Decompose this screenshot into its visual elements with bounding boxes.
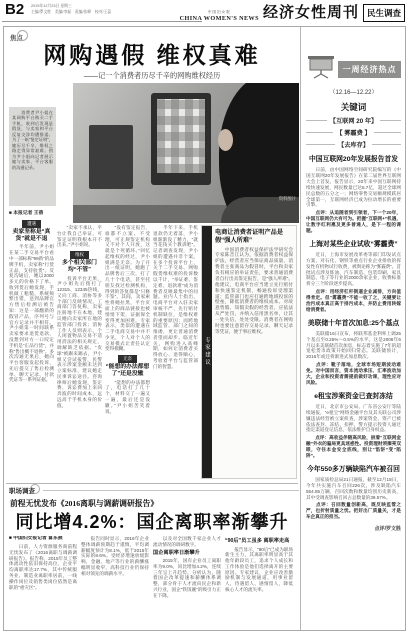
main-headline: 网购遇假 维权真难: [4, 37, 300, 70]
folio-bar: B2 2015年12月23日 星期三 主编/罗文胜 美编/李磊 责编/张峥 校对…: [0, 0, 408, 24]
masthead-en-block: 中国妇女报 CHINA WOMEN'S NEWS: [180, 10, 259, 22]
expert-advice-text: 中国消费者权益保护法学研究会专家陈音江认为，依据消费者权益保护法，经营者应当保证…: [215, 247, 293, 335]
section-label: 民生调查: [363, 4, 405, 22]
section-header-3: 无奈 “能想的办法都想了”还是没辙: [105, 355, 150, 377]
sidebar-item-heading: 上海对某些企业试收“雾霾费”: [306, 241, 401, 249]
main-byline: ■ 本报记者 王蓓: [9, 209, 43, 216]
photo-caption-box: 消费者尹小姐在某网购平台购买二手手机，收到后发现是假货，与卖家和平台反复交涉均遭…: [9, 107, 56, 206]
keyword-row: 【去库存】: [306, 140, 401, 149]
section-1-title: 卖家坚称是“真货”就是不退: [9, 229, 54, 243]
keyword-row: 【 雾霾费 】: [306, 128, 401, 137]
section-header-2: 维权 多个相关部门均“不管”: [57, 251, 102, 273]
keyword-3: 【去库存】: [338, 140, 369, 149]
keyword-rule: [306, 120, 327, 121]
main-column-2: “卖家不承认，平台让我自己举证，可鉴定证明我根本开不出来。”尹小姐说。 维权 多…: [57, 225, 102, 479]
bottom-col4-text: 报告显示，“90后”已成为职场新生主力，其离职率明显高于其他年龄段员工，追求个人…: [225, 547, 293, 593]
masthead-en: CHINA WOMEN'S NEWS: [180, 15, 259, 22]
sidebar-item-comment: 点评：靴子落地，全球市场短期波动难免。对中国而言，资本流动承压、汇率波动加大，企…: [306, 362, 401, 386]
bottom-col3-text: 2015年，国有企业员工离职率为9.0%，同比增加4.2%，连续三年呈上升趋势。…: [153, 558, 221, 598]
main-col3-text-b: “能想的办法都想了，电话打了几十个，材料交了一遍又一遍，最后还是没辙。”尹小姐苦…: [105, 380, 150, 415]
sidebar-item-body: 近日，北京市公安局、广东省公安厅等陆续通报，“e租宝”网络金融平台及其关联公司涉…: [306, 404, 401, 433]
sidebar-item-comment: 点评：用经济杠杆倒逼企业减排，方向值得肯定。但“雾霾费”不能一收了之，关键要让治…: [306, 289, 401, 313]
tag-circle-icon: [30, 484, 40, 494]
sidebar-item-heading: 中国互联网20年发展报告首发: [306, 156, 401, 164]
bottom-col2-text: 报告同时显示，2016年企业整体调薪预期趋于谨慎，平均调薪幅度预计为8.1%，低…: [81, 536, 149, 576]
sidebar-item-comment: 点评：召回数量创新高，既反映监管之严，也折射质量之忧。把好出厂质量关，才是车企真…: [306, 502, 401, 520]
page-number: B2: [5, 1, 24, 18]
main-col2-text-a: “卖家不承认，平台让我自己举证，可鉴定证明我根本开不出来。”尹小姐说。: [57, 225, 102, 248]
sidebar-item-car-recall: 今年550多万辆缺陷汽车被召回 国家质检总局21日通报，截至12月18日，今年共…: [306, 466, 401, 520]
keyword-rule: [306, 132, 333, 133]
expert-advice-vertical-label: 专家建议: [202, 226, 212, 478]
workplace-tag-row: 职场调查: [9, 486, 299, 495]
sidebar-item-body: 美联储16日宣布，将联邦基金利率上调25个基点至0.25%～0.5%的水平。这是…: [306, 331, 401, 360]
keywords-title: 关键词: [306, 101, 401, 113]
keyword-1: 【互联网 20 年】: [330, 116, 377, 125]
expert-advice-title: 电商让消费者证明产品是假“强人所难”: [215, 229, 293, 245]
sidebar-item-body: 国家质检总局21日通报，截至12月18日，今年共实施汽车召回226次，涉及缺陷汽…: [306, 477, 401, 501]
bottom-byline: ■ 中国妇女报记者 富东燕: [9, 536, 77, 542]
sidebar-item-comment: 点评：从追随者到引领者，下一个20年，中国互联网仍大有可为。把握“互联网+”机遇…: [306, 210, 401, 234]
bottom-headline: 同比增4.2%：国企离职率渐攀升: [4, 508, 300, 534]
photo-credit: 资料图片: [279, 196, 296, 202]
expert-advice-body: 电商让消费者证明产品是假“强人所难” 中国消费者权益保护法学研究会专家陈音江认为…: [212, 226, 296, 478]
content-frame: 焦点 网购遇假 维权真难 ——记一个消费者历尽千辛的网购维权经历 消费者尹小姐在…: [3, 26, 406, 631]
articles-divider: [6, 483, 298, 484]
folio-rule: [2, 21, 202, 22]
sidebar-signature: 点评/罗文胜: [306, 525, 401, 532]
folio-staff: 主编/罗文胜 美编/李磊 责编/张峥 校对/王蕊: [31, 10, 111, 16]
article-photo: 资料图片: [73, 83, 299, 223]
main-column-1: 遭遇 卖家坚称是“真货”就是不退 半年前，尹小姐在某二手交易平台看中一部标称“9…: [9, 217, 54, 479]
sidebar-item-body: 日前，由中国网络空间研究院编写的《中国互联网20年发展报告》在第二届世界互联网大…: [306, 167, 401, 208]
keyword-2: 【 雾霾费 】: [336, 128, 370, 137]
section-2-label: 维权: [70, 251, 89, 259]
expert-advice-box: 专家建议 电商让消费者证明产品是假“强人所难” 中国消费者权益保护法学研究会专家…: [201, 225, 297, 479]
bottom-col1-text: 日前，人力资源服务商前程无忧发布了《2016离职与调薪调研报告》。报告称，201…: [9, 544, 77, 590]
keyword-rule: [374, 132, 401, 133]
sidebar-item-smog-fee: 上海对某些企业试收“雾霾费” 近日，上海市发展改革委等部门印发试点方案，对石化、…: [306, 241, 401, 313]
keyword-rule: [380, 120, 401, 121]
weekly-title: 经济女性周刊: [263, 1, 359, 22]
section-header-1: 遭遇 卖家坚称是“真货”就是不退: [9, 220, 54, 242]
main-col4-text: 半年下来，手机退款仍无着落，尹小姐渐渐没了精力，“就当花钱买个教训吧”。记者调查…: [153, 225, 198, 370]
bottom-column-4: “90后”员工虽多 离职率走高 报告显示，“90后”已成为职场新生主力，其离职率…: [225, 536, 293, 625]
sidebar-item-body: 近日，上海市发展改革委等部门印发试点方案，对石化、钢铁等重点行业企业排放的挥发性…: [306, 252, 401, 287]
bottom-subhead-1: 国企离职率日渐攀升: [153, 550, 221, 557]
projector-screen-icon: [306, 55, 336, 84]
photo-woman-face: [218, 129, 233, 151]
section-3-label: 无奈: [118, 355, 137, 363]
main-col2-text-b: 投诉平台无果，尹小姐先后拨打了12315、12345热线，又向工商、消协等多个部…: [57, 276, 102, 409]
main-subtitle: ——记一个消费者历尽千辛的网购维权经历: [4, 71, 300, 81]
keyword-rule: [306, 144, 335, 145]
main-column-4: 半年下来，手机退款仍无着落，尹小姐渐渐没了精力，“就当花钱买个教训吧”。记者调查…: [153, 225, 198, 479]
keyword-rule: [372, 144, 401, 145]
masthead: 中国妇女报 CHINA WOMEN'S NEWS 经济女性周刊 民生调查: [180, 1, 405, 22]
photo-left-monitor: [89, 125, 133, 189]
sidebar-header: 一周经济热点: [306, 55, 401, 84]
section-3-title: “能想的办法都想了”还是没辙: [105, 364, 150, 378]
main-col1-text: 半年前，尹小姐在某二手交易平台看中一部标称“99新”的品牌手机，卖家称“行货正品…: [9, 244, 54, 383]
sidebar-item-heading: 美联储十年首次加息:25个基点: [306, 320, 401, 328]
workplace-tag: 职场调查: [9, 486, 40, 495]
newspaper-page: B2 2015年12月23日 星期三 主编/罗文胜 美编/李磊 责编/张峥 校对…: [0, 0, 408, 634]
bottom-column-2: 报告同时显示，2016年企业整体调薪预期趋于谨慎，平均调薪幅度预计为8.1%，低…: [81, 536, 149, 625]
main-column-3: “没有鉴定报告，谁都不立案、不受理，可正规鉴定机构又不对个人开放，这就是个死循环…: [105, 225, 150, 479]
weekly-hotspots-sidebar: 一周经济热点 （12.16—12.22） 关键词 【互联网 20 年】 【 雾霾…: [300, 27, 405, 630]
main-col3-text-a: “没有鉴定报告，谁都不立案、不受理，可正规鉴定机构又不对个人开放，这就是个死循环…: [105, 225, 150, 352]
bottom-column-3: 以及对全国数千家企业人才流动情况的调研数字。 国企离职率日渐攀升 2015年，国…: [153, 536, 221, 625]
sidebar-item-heading: e租宝涉案资金已查封冻结: [306, 393, 401, 401]
sidebar-item-fed-rate-hike: 美联储十年首次加息:25个基点 美联储16日宣布，将联邦基金利率上调25个基点至…: [306, 320, 401, 386]
bottom-column-1: ■ 中国妇女报记者 富东燕 日前，人力资源服务商前程无忧发布了《2016离职与调…: [9, 536, 77, 625]
sidebar-item-comment: 点评：高收益伴随高风险，披着“互联网金融”外衣的骗局更具迷惑性。投资理财须擦亮双…: [306, 435, 401, 459]
sidebar-item-ezubao: e租宝涉案资金已查封冻结 近日，北京市公安局、广东省公安厅等陆续通报，“e租宝”…: [306, 393, 401, 459]
sidebar-item-internet-report: 中国互联网20年发展报告首发 日前，由中国网络空间研究院编写的《中国互联网20年…: [306, 156, 401, 234]
folio-meta: 2015年12月23日 星期三 主编/罗文胜 美编/李磊 责编/张峥 校对/王蕊: [31, 4, 111, 15]
section-2-title: 多个相关部门均“不管”: [57, 260, 102, 274]
bottom-col3-line: 以及对全国数千家企业人才流动情况的调研数字。: [153, 536, 221, 548]
sidebar-item-heading: 今年550多万辆缺陷汽车被召回: [306, 466, 401, 474]
keyword-row: 【互联网 20 年】: [306, 116, 401, 125]
tag-rule: [43, 490, 299, 491]
sidebar-date-range: （12.16—12.22）: [306, 87, 401, 96]
photo-monitor-screen: [157, 99, 205, 173]
sidebar-title: 一周经济热点: [338, 61, 401, 78]
section-1-label: 遭遇: [22, 220, 41, 228]
bottom-subhead-2: “90后”员工虽多 离职率走高: [225, 538, 293, 545]
